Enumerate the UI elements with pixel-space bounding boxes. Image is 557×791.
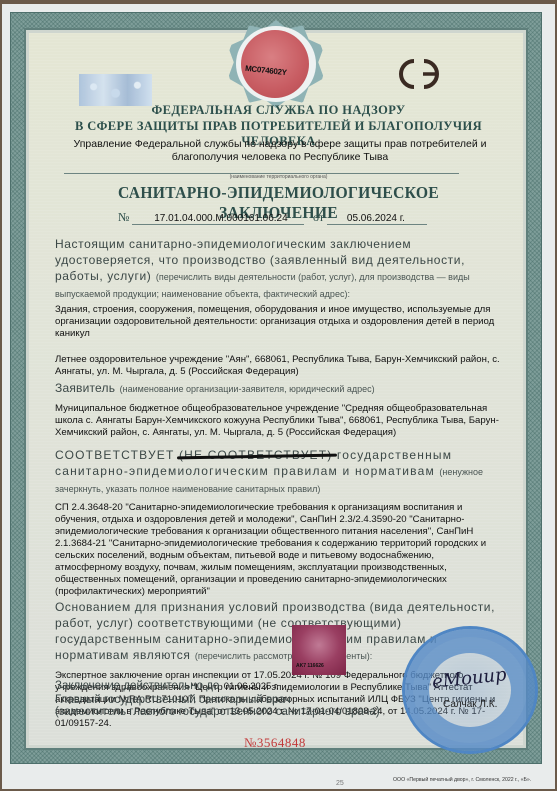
document-number-row: № 17.01.04.000.М.000161.06.24 от 05.06.2… xyxy=(118,210,427,225)
document-date: 05.06.2024 г. xyxy=(327,213,427,225)
hologram-code: AK7 116626 xyxy=(296,663,324,669)
hologram-sticker xyxy=(79,74,152,106)
activity-value: Здания, строения, сооружения, помещения,… xyxy=(55,304,500,340)
complies-text: СООТВЕТСТВУЕТ xyxy=(55,448,175,462)
valid-until: 01.06.2025 г. xyxy=(224,681,279,692)
applicant-value: Муниципальное бюджетное общеобразователь… xyxy=(55,403,500,439)
se-logo-icon xyxy=(397,57,445,91)
pencil-mark: 25 xyxy=(336,780,344,787)
facility-value: Летнее оздоровительное учреждение "Аян",… xyxy=(55,354,500,378)
struck-not-complies: (НЕ СООТВЕТСТВУЕТ) xyxy=(179,448,333,462)
document-number: 17.01.04.000.М.000161.06.24 xyxy=(132,213,304,225)
official-round-stamp xyxy=(402,626,538,754)
regional-caption: (наименование территориального органа) xyxy=(40,174,517,180)
signer-name: Салчак Л.К. xyxy=(443,699,497,710)
serial-number: №3564848 xyxy=(244,735,306,751)
valid-label: Заключение действительно до xyxy=(55,680,219,692)
printer-imprint: ООО «Первый печатный двор», г. Смоленск,… xyxy=(393,777,531,783)
applicant-label: Заявитель xyxy=(55,381,115,395)
number-label: № xyxy=(118,210,129,224)
sanitary-rules: СП 2.4.3648-20 "Санитарно-эпидемиологиче… xyxy=(55,502,500,598)
date-label: от xyxy=(313,210,324,224)
agency-title-line1: ФЕДЕРАЛЬНАЯ СЛУЖБА ПО НАДЗОРУ xyxy=(40,103,517,118)
applicant-caption: (наименование организации-заявителя, юри… xyxy=(120,384,375,394)
regional-office: Управление Федеральной службы по надзору… xyxy=(70,138,490,164)
